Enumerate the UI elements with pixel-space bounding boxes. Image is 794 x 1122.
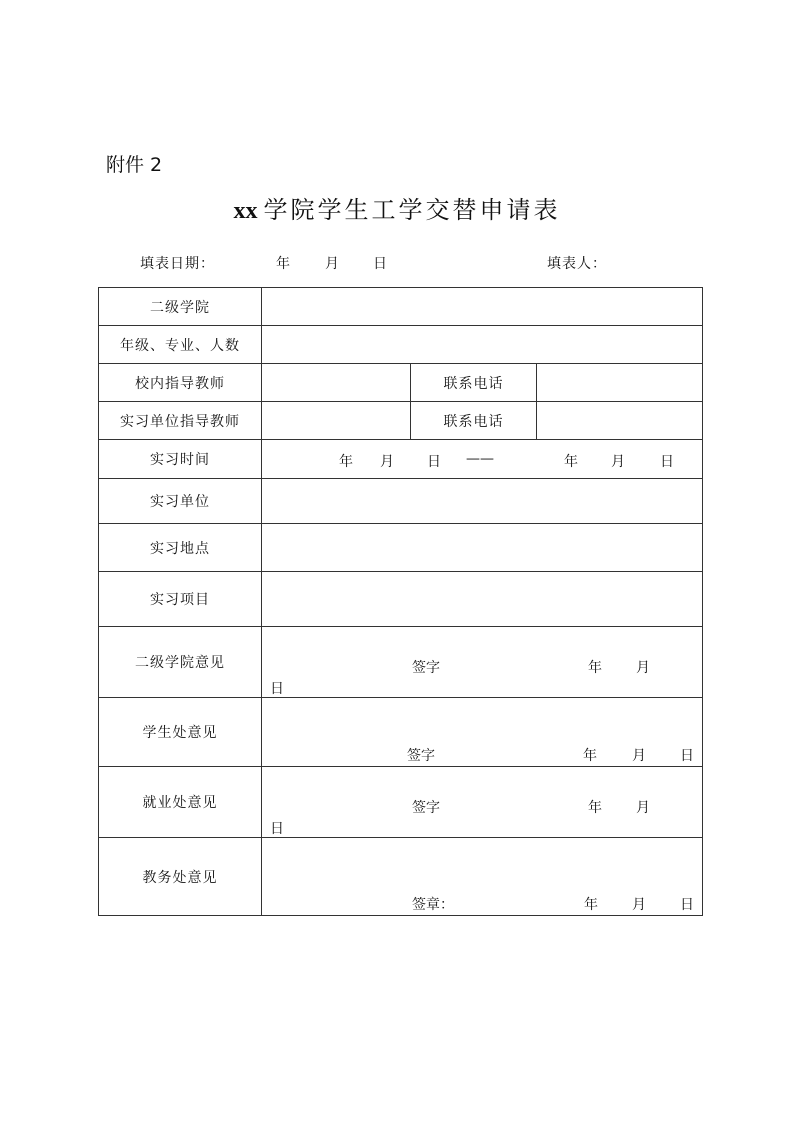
field-academic-affairs-opinion[interactable]: 签章： 年 月 日 xyxy=(262,838,702,915)
label-company-advisor-phone: 联系电话 xyxy=(411,402,537,439)
academic-affairs-sign-day: 日 xyxy=(680,894,694,914)
employment-sign-day: 日 xyxy=(270,818,284,838)
label-college-opinion: 二级学院意见 xyxy=(99,627,262,697)
college-sign-year: 年 xyxy=(588,657,602,677)
student-affairs-sign-label: 签字 xyxy=(407,745,435,765)
field-internship-company[interactable] xyxy=(262,479,702,523)
start-year: 年 xyxy=(339,451,353,471)
label-internship-project: 实习项目 xyxy=(99,572,262,626)
end-day: 日 xyxy=(660,451,674,471)
row-company-advisor: 实习单位指导教师 联系电话 xyxy=(99,401,702,439)
student-affairs-sign-month: 月 xyxy=(632,745,646,765)
label-internship-company: 实习单位 xyxy=(99,479,262,523)
end-year: 年 xyxy=(564,451,578,471)
row-student-affairs-opinion: 学生处意见 签字 年 月 日 xyxy=(99,697,702,766)
row-employment-opinion: 就业处意见 签字 年 月 日 xyxy=(99,766,702,837)
field-internship-location[interactable] xyxy=(262,524,702,571)
label-school-advisor: 校内指导教师 xyxy=(99,364,262,401)
start-month: 月 xyxy=(380,451,394,471)
row-school-advisor: 校内指导教师 联系电话 xyxy=(99,363,702,401)
academic-affairs-sign-year: 年 xyxy=(584,894,598,914)
fill-date-month: 月 xyxy=(325,253,340,273)
college-sign-month: 月 xyxy=(636,657,650,677)
page-title: xx学院学生工学交替申请表 xyxy=(0,190,794,225)
filler-label: 填表人： xyxy=(547,253,607,273)
label-internship-location: 实习地点 xyxy=(99,524,262,571)
row-internship-project: 实习项目 xyxy=(99,571,702,626)
field-school-advisor[interactable] xyxy=(262,364,411,401)
field-school-advisor-phone[interactable] xyxy=(537,364,702,401)
row-college: 二级学院 xyxy=(99,288,702,325)
fill-date-day: 日 xyxy=(373,253,388,273)
field-employment-opinion[interactable]: 签字 年 月 日 xyxy=(262,767,702,837)
employment-sign-month: 月 xyxy=(636,797,650,817)
label-academic-affairs-opinion: 教务处意见 xyxy=(99,838,262,915)
label-grade-major-count: 年级、专业、人数 xyxy=(99,326,262,363)
employment-sign-year: 年 xyxy=(588,797,602,817)
title-text: 学院学生工学交替申请表 xyxy=(264,196,561,224)
row-internship-location: 实习地点 xyxy=(99,523,702,571)
title-prefix: xx xyxy=(234,198,258,224)
employment-sign-label: 签字 xyxy=(412,797,440,817)
field-student-affairs-opinion[interactable]: 签字 年 月 日 xyxy=(262,698,702,766)
label-internship-period: 实习时间 xyxy=(99,440,262,478)
label-school-advisor-phone: 联系电话 xyxy=(411,364,537,401)
label-employment-opinion: 就业处意见 xyxy=(99,767,262,837)
row-college-opinion: 二级学院意见 签字 年 月 日 xyxy=(99,626,702,697)
student-affairs-sign-year: 年 xyxy=(583,745,597,765)
row-internship-period: 实习时间 年 月 日 —— 年 月 日 xyxy=(99,439,702,478)
academic-affairs-sign-month: 月 xyxy=(632,894,646,914)
college-sign-label: 签字 xyxy=(412,657,440,677)
attachment-label: 附件 2 xyxy=(106,150,162,177)
college-sign-day: 日 xyxy=(270,678,284,698)
field-internship-period[interactable]: 年 月 日 —— 年 月 日 xyxy=(262,440,702,478)
row-internship-company: 实习单位 xyxy=(99,478,702,523)
field-company-advisor[interactable] xyxy=(262,402,411,439)
end-month: 月 xyxy=(611,451,625,471)
academic-affairs-sign-label: 签章： xyxy=(412,894,454,914)
start-day: 日 xyxy=(427,451,441,471)
fill-date-year: 年 xyxy=(276,253,291,273)
row-grade-major-count: 年级、专业、人数 xyxy=(99,325,702,363)
field-grade-major-count[interactable] xyxy=(262,326,702,363)
field-company-advisor-phone[interactable] xyxy=(537,402,702,439)
field-college-opinion[interactable]: 签字 年 月 日 xyxy=(262,627,702,697)
label-college: 二级学院 xyxy=(99,288,262,325)
date-range-dash: —— xyxy=(466,451,494,467)
application-form-table: 二级学院 年级、专业、人数 校内指导教师 联系电话 实习单位指导教师 联系电话 … xyxy=(98,287,703,916)
field-internship-project[interactable] xyxy=(262,572,702,626)
label-student-affairs-opinion: 学生处意见 xyxy=(99,698,262,766)
label-company-advisor: 实习单位指导教师 xyxy=(99,402,262,439)
student-affairs-sign-day: 日 xyxy=(680,745,694,765)
row-academic-affairs-opinion: 教务处意见 签章： 年 月 日 xyxy=(99,837,702,915)
field-college[interactable] xyxy=(262,288,702,325)
fill-date-label: 填表日期： xyxy=(140,253,215,273)
